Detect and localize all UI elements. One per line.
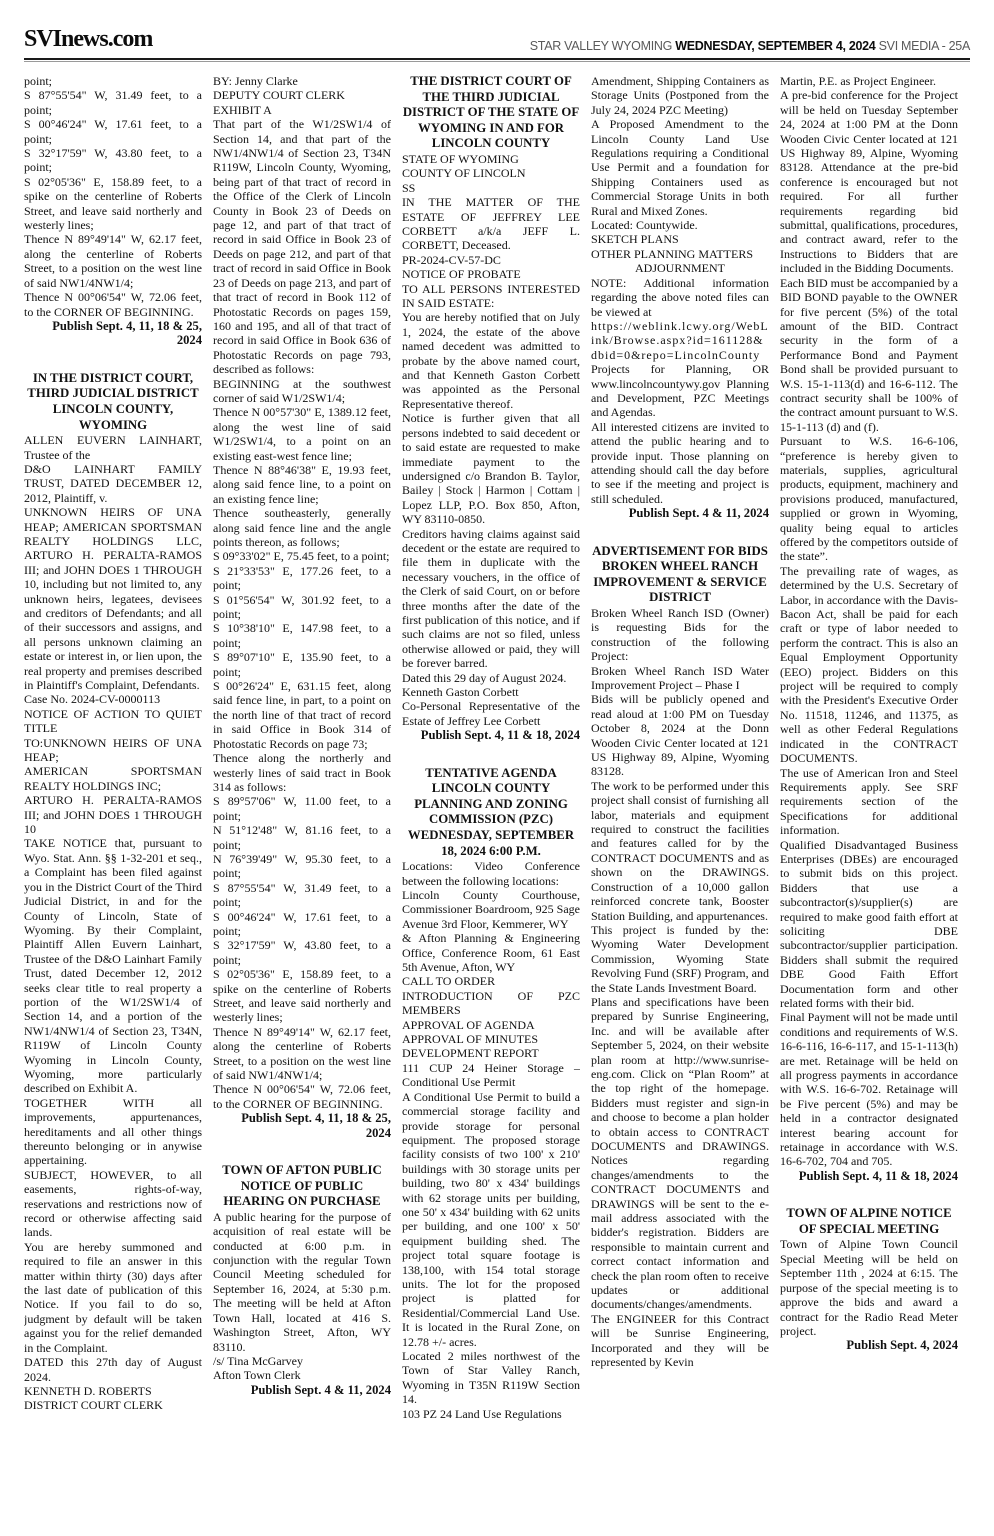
notice-paragraph: NOTE: Additional information regarding t…	[591, 276, 769, 319]
notice-paragraph: S 01°56'54" W, 301.92 feet, to a point;	[213, 593, 391, 622]
notice-paragraph: UNKNOWN HEIRS OF UNA HEAP; AMERICAN SPOR…	[24, 505, 202, 692]
notice-gap	[24, 348, 202, 371]
notice-paragraph: A Conditional Use Permit to build a comm…	[402, 1090, 580, 1349]
notice-paragraph: Projects for Planning, OR www.lincolncou…	[591, 362, 769, 420]
column-3: THE DISTRICT COURT OF THE THIRD JUDICIAL…	[402, 74, 580, 1520]
notice-paragraph: Amendment, Shipping Containers as Storag…	[591, 74, 769, 117]
notice-paragraph: OTHER PLANNING MATTERS	[591, 247, 769, 261]
notice-paragraph: S 02°05'36" E, 158.89 feet, to a spike o…	[213, 967, 391, 1025]
notice-paragraph: S 00°46'24" W, 17.61 feet, to a point;	[213, 910, 391, 939]
notice-paragraph: DATED this 27th day of August 2024.	[24, 1355, 202, 1384]
notice-paragraph: Thence along the northerly and westerly …	[213, 751, 391, 794]
notice-paragraph: S 02°05'36" E, 158.89 feet, to a spike o…	[24, 175, 202, 233]
notice-paragraph: ARTURO H. PERALTA-RAMOS III; and JOHN DO…	[24, 793, 202, 836]
column-4: Amendment, Shipping Containers as Storag…	[591, 74, 769, 1520]
notice-paragraph: Thence N 00°06'54" W, 72.06 feet, to the…	[213, 1082, 391, 1111]
notice-paragraph: Dated this 29 day of August 2024.	[402, 671, 580, 685]
notice-heading: THE DISTRICT COURT OF THE THIRD JUDICIAL…	[402, 74, 580, 152]
publish-line: Publish Sept. 4, 2024	[780, 1338, 958, 1352]
notice-heading: TOWN OF ALPINE NOTICE OF SPECIAL MEETING	[780, 1206, 958, 1237]
notice-paragraph: Thence N 89°49'14" W, 62.17 feet, along …	[24, 232, 202, 290]
notice-paragraph: BEGINNING at the southwest corner of sai…	[213, 377, 391, 406]
publish-line: Publish Sept. 4, 11 & 18, 2024	[402, 728, 580, 742]
notice-paragraph: DEPUTY COURT CLERK	[213, 88, 391, 102]
notice-paragraph: CALL TO ORDER	[402, 974, 580, 988]
notice-paragraph: Kenneth Gaston Corbett	[402, 685, 580, 699]
notice-paragraph: ADJOURNMENT	[591, 261, 769, 275]
notice-paragraph: Co-Personal Representative of the Estate…	[402, 699, 580, 728]
notice-paragraph: S 87°55'54" W, 31.49 feet, to a point;	[24, 88, 202, 117]
notice-gap	[780, 1183, 958, 1206]
notice-paragraph: Broken Wheel Ranch ISD Water Improvement…	[591, 664, 769, 693]
legal-notices-columns: point;S 87°55'54" W, 31.49 feet, to a po…	[24, 74, 970, 1520]
notice-paragraph: Town of Alpine Town Council Special Meet…	[780, 1237, 958, 1338]
notice-paragraph: The use of American Iron and Steel Requi…	[780, 766, 958, 838]
notice-paragraph: You are hereby summoned and required to …	[24, 1240, 202, 1355]
notice-paragraph: Plans and specifications have been prepa…	[591, 995, 769, 1370]
notice-paragraph: EXHIBIT A	[213, 103, 391, 117]
notice-paragraph: PR-2024-CV-57-DC	[402, 253, 580, 267]
publish-line: Publish Sept. 4, 11, 18 & 25, 2024	[213, 1111, 391, 1140]
notice-paragraph: point;	[24, 74, 202, 88]
notice-paragraph: Locations: Video Conference between the …	[402, 859, 580, 888]
notice-heading: TENTATIVE AGENDA LINCOLN COUNTY PLANNING…	[402, 766, 580, 860]
notice-paragraph: ALLEN EUVERN LAINHART, Trustee of the	[24, 433, 202, 462]
notice-paragraph: Lincoln County Courthouse, Commissioner …	[402, 888, 580, 931]
column-2: BY: Jenny ClarkeDEPUTY COURT CLERKEXHIBI…	[213, 74, 391, 1520]
notice-paragraph: S 89°57'06" W, 11.00 feet, to a point;	[213, 794, 391, 823]
notice-paragraph: TO:UNKNOWN HEIRS OF UNA HEAP;	[24, 736, 202, 765]
notice-paragraph: BY: Jenny Clarke	[213, 74, 391, 88]
notice-paragraph: Located: Countywide.	[591, 218, 769, 232]
notice-heading: ADVERTISEMENT FOR BIDS BROKEN WHEEL RANC…	[591, 544, 769, 606]
notice-paragraph: S 32°17'59" W, 43.80 feet, to a point;	[213, 938, 391, 967]
notice-paragraph: Notice is further given that all persons…	[402, 411, 580, 526]
publish-line: Publish Sept. 4, 11 & 18, 2024	[780, 1169, 958, 1183]
masthead-dateline: STAR VALLEY WYOMING WEDNESDAY, SEPTEMBER…	[530, 39, 970, 53]
notice-paragraph: NOTICE OF PROBATE	[402, 267, 580, 281]
notice-paragraph: TAKE NOTICE that, pursuant to Wyo. Stat.…	[24, 836, 202, 1095]
notice-paragraph: S 09°33'02" E, 75.45 feet, to a point;	[213, 549, 391, 563]
notice-paragraph: You are hereby notified that on July 1, …	[402, 310, 580, 411]
notice-paragraph: All interested citizens are invited to a…	[591, 420, 769, 506]
notice-paragraph: Case No. 2024-CV-0000113	[24, 692, 202, 706]
notice-paragraph: TOGETHER WITH all improvements, appurten…	[24, 1096, 202, 1168]
notice-paragraph: N 76°39'49" W, 95.30 feet, to a point;	[213, 852, 391, 881]
notice-paragraph: APPROVAL OF MINUTES	[402, 1032, 580, 1046]
publish-line: Publish Sept. 4 & 11, 2024	[213, 1383, 391, 1397]
notice-heading: IN THE DISTRICT COURT, THIRD JUDICIAL DI…	[24, 371, 202, 433]
notice-paragraph: Broken Wheel Ranch ISD (Owner) is reques…	[591, 606, 769, 664]
notice-paragraph: 103 PZ 24 Land Use Regulations	[402, 1407, 580, 1421]
notice-paragraph: Thence N 00°06'54" W, 72.06 feet, to the…	[24, 290, 202, 319]
notice-paragraph: The prevailing rate of wages, as determi…	[780, 564, 958, 766]
notice-paragraph: S 89°07'10" E, 135.90 feet, to a point;	[213, 650, 391, 679]
masthead: SVInews.com STAR VALLEY WYOMING WEDNESDA…	[24, 26, 970, 60]
notice-url: https://weblink.lcwy.org/WebLink/Browse.…	[591, 319, 769, 362]
notice-paragraph: APPROVAL OF AGENDA	[402, 1018, 580, 1032]
publish-line: Publish Sept. 4, 11, 18 & 25, 2024	[24, 319, 202, 348]
notice-paragraph: Thence southeasterly, generally along sa…	[213, 506, 391, 549]
notice-paragraph: Creditors having claims against said dec…	[402, 527, 580, 671]
notice-paragraph: The work to be performed under this proj…	[591, 779, 769, 923]
masthead-edition: SVI MEDIA - 25A	[875, 39, 970, 53]
newspaper-logo: SVInews.com	[24, 26, 152, 53]
notice-paragraph: S 32°17'59" W, 43.80 feet, to a point;	[24, 146, 202, 175]
notice-paragraph: /s/ Tina McGarvey	[213, 1354, 391, 1368]
notice-paragraph: Qualified Disadvantaged Business Enterpr…	[780, 838, 958, 1011]
notice-gap	[213, 1140, 391, 1163]
notice-paragraph: A pre-bid conference for the Project wil…	[780, 88, 958, 275]
notice-paragraph: DISTRICT COURT CLERK	[24, 1398, 202, 1412]
notice-paragraph: Martin, P.E. as Project Engineer.	[780, 74, 958, 88]
notice-paragraph: COUNTY OF LINCOLN	[402, 166, 580, 180]
notice-paragraph: Thence N 88°46'38" E, 19.93 feet, along …	[213, 463, 391, 506]
notice-paragraph: KENNETH D. ROBERTS	[24, 1384, 202, 1398]
notice-paragraph: A public hearing for the purpose of acqu…	[213, 1210, 391, 1354]
publish-line: Publish Sept. 4 & 11, 2024	[591, 506, 769, 520]
column-5: Martin, P.E. as Project Engineer.A pre-b…	[780, 74, 958, 1520]
notice-paragraph: & Afton Planning & Engineering Office, C…	[402, 931, 580, 974]
notice-paragraph: A Proposed Amendment to the Lincoln Coun…	[591, 117, 769, 218]
notice-paragraph: N 51°12'48" W, 81.16 feet, to a point;	[213, 823, 391, 852]
column-1: point;S 87°55'54" W, 31.49 feet, to a po…	[24, 74, 202, 1520]
notice-paragraph: Final Payment will not be made until con…	[780, 1010, 958, 1168]
notice-paragraph: Bids will be publicly opened and read al…	[591, 692, 769, 778]
notice-paragraph: S 10°38'10" E, 147.98 feet, to a point;	[213, 621, 391, 650]
notice-gap	[591, 521, 769, 544]
masthead-location: STAR VALLEY WYOMING	[530, 39, 675, 53]
notice-paragraph: SKETCH PLANS	[591, 232, 769, 246]
notice-paragraph: 111 CUP 24 Heiner Storage – Conditional …	[402, 1061, 580, 1090]
notice-paragraph: S 21°33'53" E, 177.26 feet, to a point;	[213, 564, 391, 593]
notice-paragraph: IN THE MATTER OF THE ESTATE OF JEFFREY L…	[402, 195, 580, 253]
notice-paragraph: STATE OF WYOMING	[402, 152, 580, 166]
notice-paragraph: NOTICE OF ACTION TO QUIET TITLE	[24, 707, 202, 736]
notice-paragraph: This project is funded by the: Wyoming W…	[591, 923, 769, 995]
notice-paragraph: Pursuant to W.S. 16-6-106, “preference i…	[780, 434, 958, 564]
page-inner: SVInews.com STAR VALLEY WYOMING WEDNESDA…	[0, 0, 994, 1520]
notice-paragraph: That part of the W1/2SW1/4 of Section 14…	[213, 117, 391, 376]
notice-paragraph: Afton Town Clerk	[213, 1368, 391, 1382]
notice-paragraph: Thence N 00°57'30" E, 1389.12 feet, alon…	[213, 405, 391, 463]
notice-paragraph: D&O LAINHART FAMILY TRUST, DATED DECEMBE…	[24, 462, 202, 505]
notice-paragraph: S 00°46'24" W, 17.61 feet, to a point;	[24, 117, 202, 146]
newspaper-page: SVInews.com STAR VALLEY WYOMING WEDNESDA…	[0, 0, 994, 1536]
notice-paragraph: S 00°26'24" E, 631.15 feet, along said f…	[213, 679, 391, 751]
notice-paragraph: SS	[402, 181, 580, 195]
notice-paragraph: DEVELOPMENT REPORT	[402, 1046, 580, 1060]
notice-paragraph: Each BID must be accompanied by a BID BO…	[780, 276, 958, 434]
notice-paragraph: AMERICAN SPORTSMAN REALTY HOLDINGS INC;	[24, 764, 202, 793]
masthead-date: WEDNESDAY, SEPTEMBER 4, 2024	[675, 39, 875, 53]
notice-paragraph: SUBJECT, HOWEVER, to all easements, righ…	[24, 1168, 202, 1240]
notice-gap	[402, 743, 580, 766]
notice-paragraph: S 87°55'54" W, 31.49 feet, to a point;	[213, 881, 391, 910]
notice-paragraph: Thence N 89°49'14" W, 62.17 feet, along …	[213, 1025, 391, 1083]
notice-paragraph: TO ALL PERSONS INTERESTED IN SAID ESTATE…	[402, 282, 580, 311]
notice-paragraph: INTRODUCTION OF PZC MEMBERS	[402, 989, 580, 1018]
notice-paragraph: Located 2 miles northwest of the Town of…	[402, 1349, 580, 1407]
notice-heading: TOWN OF AFTON PUBLIC NOTICE OF PUBLIC HE…	[213, 1163, 391, 1210]
